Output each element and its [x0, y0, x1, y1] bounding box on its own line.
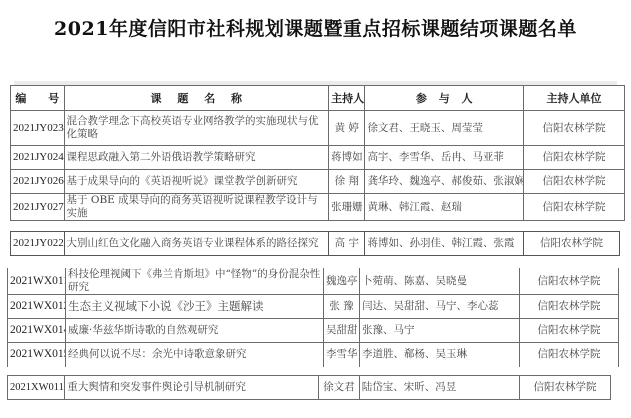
project-title: 重大舆情和突发事件舆论引导机制研究 [65, 376, 319, 400]
project-host: 蒋博如 [329, 146, 365, 170]
results-table-group-3: 2021WX011 科技伦理视阈下《弗兰肯斯坦》中“怪物”的身份混杂性研究 魏逸… [7, 268, 619, 367]
table-row: 2021WX012 生态主义视域下小说《沙王》主题解读 张 豫 闫达、吴甜甜、马… [8, 295, 619, 319]
project-host: 徐 翔 [329, 170, 365, 194]
header-title: 课 题 名 称 [64, 86, 329, 111]
table-row: 2021JY022 大别山红色文化融入商务英语专业课程体系的路径探究 高 宇 蒋… [11, 232, 620, 256]
project-code: 2021WX014 [8, 319, 66, 343]
project-title: 课程思政融入第二外语俄语教学策略研究 [64, 146, 329, 170]
table-row: 2021WX015 经典何以说不尽：余光中诗歌意象研究 李雪华 李道胜、郗杨、吴… [8, 343, 619, 367]
project-participants: 黄琳、韩江霞、赵瑞 [365, 194, 524, 221]
project-host: 高 宇 [329, 232, 365, 256]
project-code: 2021JY027 [11, 194, 65, 221]
project-title: 混合教学理念下高校英语专业网络教学的实施现状与优化策略 [64, 111, 329, 146]
project-title: 大别山红色文化融入商务英语专业课程体系的路径探究 [64, 232, 329, 256]
table-row: 2021JY027 基于 OBE 成果导向的商务英语视听说课程教学设计与实施 张… [11, 194, 625, 221]
table-row: 2021JY024 课程思政融入第二外语俄语教学策略研究 蒋博如 高宇、李雪华、… [11, 146, 625, 170]
project-code: 2021JY022 [11, 232, 65, 256]
project-title: 生态主义视域下小说《沙王》主题解读 [66, 295, 324, 319]
results-table-group-1: 编 号 课 题 名 称 主持人 参 与 人 主持人单位 2021JY023 混合… [10, 85, 625, 221]
header-code: 编 号 [11, 86, 65, 111]
project-participants: 李道胜、郗杨、吴玉琳 [360, 343, 520, 367]
project-participants: 蒋博如、孙羽佳、韩江霞、张霞 [365, 232, 524, 256]
project-unit: 信阳农林学院 [520, 319, 619, 343]
project-title: 经典何以说不尽：余光中诗歌意象研究 [66, 343, 324, 367]
project-host: 张珊姗 [329, 194, 365, 221]
table-row: 2021XW011 重大舆情和突发事件舆论引导机制研究 徐文君 陆岱宝、宋昕、冯… [8, 376, 611, 400]
table-row: 2021WX014 威廉·华兹华斯诗歌的自然观研究 吴甜甜 张豫、马宁 信阳农林… [8, 319, 619, 343]
project-unit: 信阳农林学院 [520, 376, 611, 400]
table-header-row: 编 号 课 题 名 称 主持人 参 与 人 主持人单位 [11, 86, 625, 111]
project-code: 2021JY024 [11, 146, 65, 170]
project-host: 张 豫 [324, 295, 360, 319]
document-title: 2021年度信阳市社科规划课题暨重点招标课题结项课题名单 [0, 14, 631, 41]
project-host: 吴甜甜 [324, 319, 360, 343]
project-title: 威廉·华兹华斯诗歌的自然观研究 [66, 319, 324, 343]
project-unit: 信阳农林学院 [523, 194, 624, 221]
project-participants: 龚华玲、魏逸亭、郝俊茹、张淑娴 [365, 170, 524, 194]
project-title: 科技伦理视阈下《弗兰肯斯坦》中“怪物”的身份混杂性研究 [66, 268, 324, 295]
project-unit: 信阳农林学院 [523, 170, 624, 194]
project-unit: 信阳农林学院 [520, 295, 619, 319]
table-row: 2021JY026 基于成果导向的《英语视听说》课堂教学创新研究 徐 翔 龚华玲… [11, 170, 625, 194]
project-code: 2021WX012 [8, 295, 66, 319]
project-participants: 陆岱宝、宋昕、冯昱 [359, 376, 519, 400]
project-participants: 闫达、吴甜甜、马宁、李心蕊 [360, 295, 520, 319]
project-host: 魏逸亭 [324, 268, 360, 295]
header-host: 主持人 [329, 86, 365, 111]
project-host: 黄 婷 [329, 111, 365, 146]
project-unit: 信阳农林学院 [520, 268, 619, 295]
header-participants: 参 与 人 [365, 86, 524, 111]
table-row: 2021WX011 科技伦理视阈下《弗兰肯斯坦》中“怪物”的身份混杂性研究 魏逸… [8, 268, 619, 295]
results-table-group-2: 2021JY022 大别山红色文化融入商务英语专业课程体系的路径探究 高 宇 蒋… [10, 231, 620, 256]
project-unit: 信阳农林学院 [523, 146, 624, 170]
project-code: 2021WX011 [8, 268, 66, 295]
project-code: 2021JY026 [11, 170, 65, 194]
table-row: 2021JY023 混合教学理念下高校英语专业网络教学的实施现状与优化策略 黄 … [11, 111, 625, 146]
project-unit: 信阳农林学院 [520, 343, 619, 367]
project-unit: 信阳农林学院 [523, 111, 624, 146]
project-code: 2021XW011 [8, 376, 65, 400]
project-code: 2021JY023 [11, 111, 65, 146]
project-participants: 卜菀萌、陈嘉、吴晓曼 [360, 268, 520, 295]
project-host: 徐文君 [319, 376, 360, 400]
results-table-group-4: 2021XW011 重大舆情和突发事件舆论引导机制研究 徐文君 陆岱宝、宋昕、冯… [7, 375, 611, 400]
project-unit: 信阳农林学院 [524, 232, 620, 256]
project-participants: 徐文君、王晓玉、周莹莹 [365, 111, 524, 146]
project-code: 2021WX015 [8, 343, 66, 367]
header-unit: 主持人单位 [523, 86, 624, 111]
project-host: 李雪华 [324, 343, 360, 367]
project-participants: 高宇、李雪华、岳冉、马亚菲 [365, 146, 524, 170]
project-participants: 张豫、马宁 [360, 319, 520, 343]
project-title: 基于成果导向的《英语视听说》课堂教学创新研究 [64, 170, 329, 194]
project-title: 基于 OBE 成果导向的商务英语视听说课程教学设计与实施 [64, 194, 329, 221]
